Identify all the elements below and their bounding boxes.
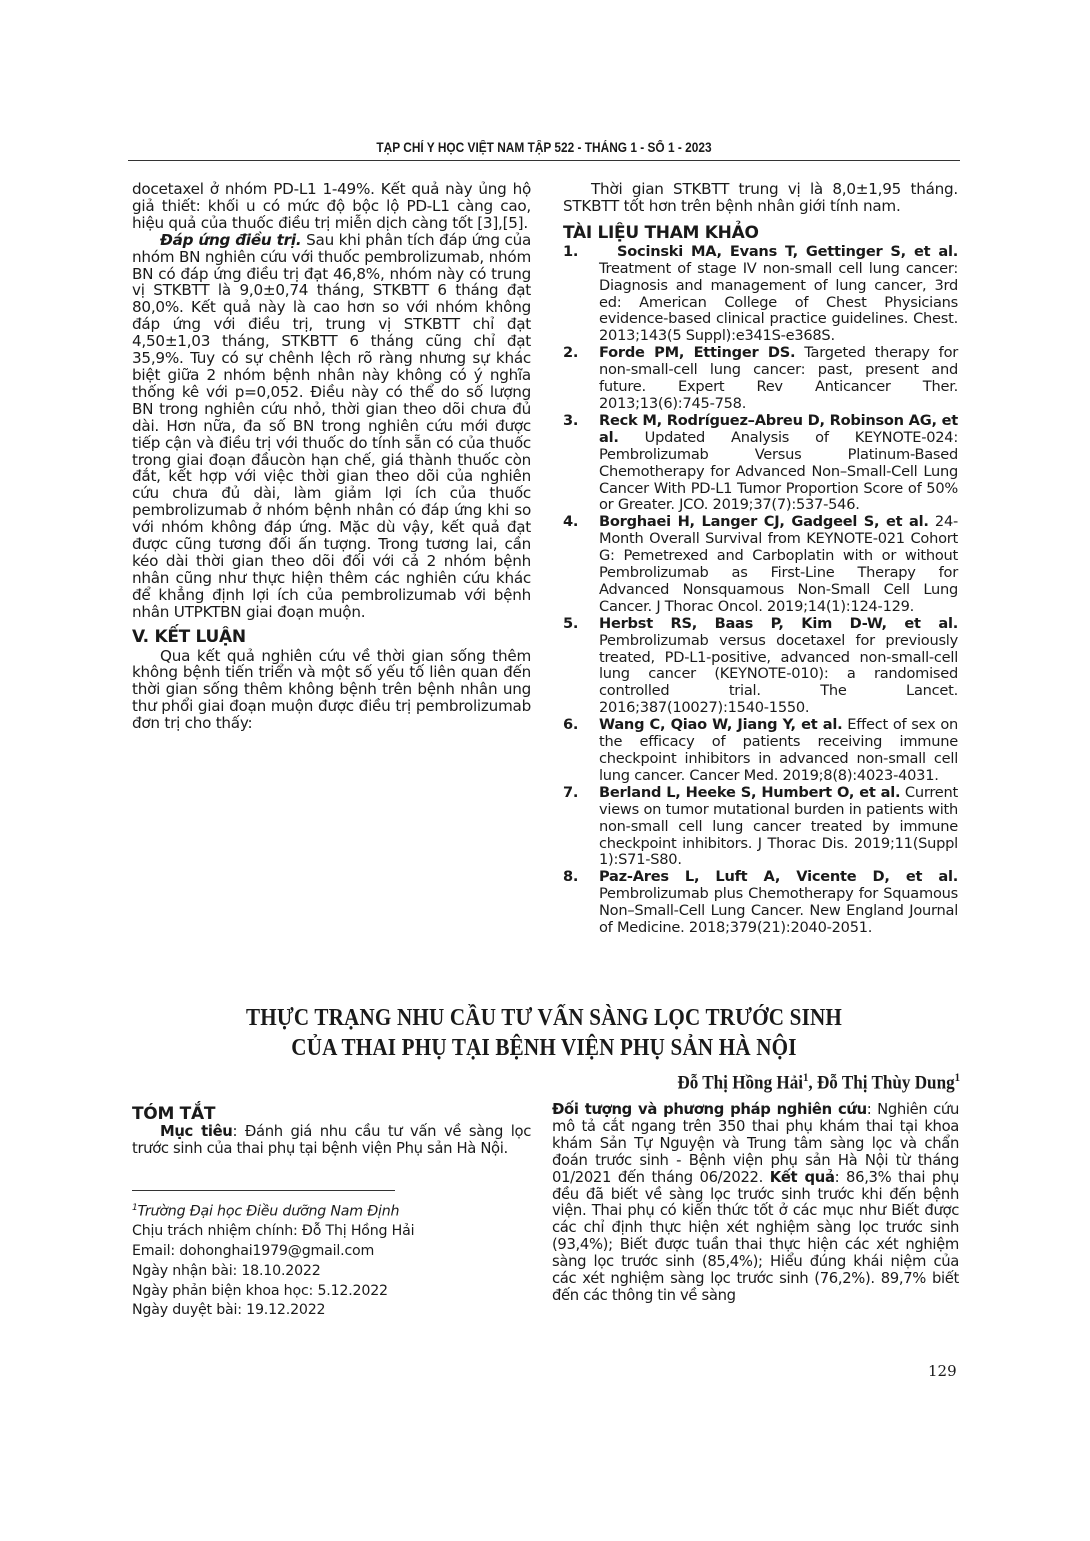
reference-number: 6. bbox=[563, 717, 578, 734]
methods-label: Đối tượng và phương pháp nghiên cứu bbox=[552, 1101, 867, 1118]
date-reviewed: Ngày phản biện khoa học: 5.12.2022 bbox=[132, 1282, 542, 1302]
abstract-heading: TÓM TẮT bbox=[132, 1104, 531, 1124]
article-title-line-2: CỦA THAI PHỤ TẠI BỆNH VIỆN PHỤ SẢN HÀ NỘ… bbox=[178, 1033, 910, 1063]
reference-text: Pembrolizumab plus Chemotherapy for Squa… bbox=[599, 885, 958, 936]
article-authors: Đỗ Thị Hồng Hải1, Đỗ Thị Thùy Dung1 bbox=[677, 1070, 960, 1094]
reference-number: 8. bbox=[563, 869, 578, 886]
reference-authors: Socinski MA, Evans T, Gettinger S, et al… bbox=[599, 243, 958, 260]
reference-item: 6.Wang C, Qiao W, Jiang Y, et al. Effect… bbox=[563, 717, 958, 785]
author-2: Đỗ Thị Thùy Dung bbox=[817, 1072, 955, 1093]
treatment-response-body: Sau khi phân tích đáp ứng của nhóm BN ng… bbox=[132, 231, 531, 621]
reference-item: 4.Borghaei H, Langer CJ, Gadgeel S, et a… bbox=[563, 514, 958, 615]
right-column: Thời gian STKBTT trung vị là 8,0±1,95 th… bbox=[563, 181, 958, 937]
left-column: docetaxel ở nhóm PD-L1 1-49%. Kết quả nà… bbox=[132, 181, 531, 732]
reference-number: 4. bbox=[563, 514, 578, 531]
reference-item: 5.Herbst RS, Baas P, Kim D-W, et al. Pem… bbox=[563, 616, 958, 717]
reference-item: 3.Reck M, Rodríguez–Abreu D, Robinson AG… bbox=[563, 413, 958, 514]
abstract-right-column: Đối tượng và phương pháp nghiên cứu: Ngh… bbox=[552, 1102, 959, 1305]
date-approved: Ngày duyệt bài: 19.12.2022 bbox=[132, 1301, 542, 1321]
affiliation-text: Trường Đại học Điều dưỡng Nam Định bbox=[138, 1204, 400, 1220]
reference-authors: Paz-Ares L, Luft A, Vicente D, et al. bbox=[599, 868, 958, 885]
reference-number: 2. bbox=[563, 345, 578, 362]
results-text: : 86,3% thai phụ đều đã biết về sàng lọc… bbox=[552, 1169, 959, 1304]
header-divider bbox=[128, 160, 960, 161]
reference-item: 8.Paz-Ares L, Luft A, Vicente D, et al. … bbox=[563, 869, 958, 937]
reference-number: 5. bbox=[563, 616, 578, 633]
reference-text: Treatment of stage IV non-small cell lun… bbox=[599, 260, 958, 345]
results-label: Kết quả bbox=[770, 1169, 835, 1186]
running-header: TẠP CHÍ Y HỌC VIỆT NAM TẬP 522 - THÁNG 1… bbox=[178, 140, 910, 155]
contact-email: Email: dohonghai1979@gmail.com bbox=[132, 1242, 542, 1262]
abstract-objective: Mục tiêu: Đánh giá nhu cầu tư vấn về sàn… bbox=[132, 1124, 531, 1158]
reference-list: 1.Socinski MA, Evans T, Gettinger S, et … bbox=[563, 244, 958, 937]
reference-authors: Berland L, Heeke S, Humbert O, et al. bbox=[599, 784, 900, 801]
reference-item: 1.Socinski MA, Evans T, Gettinger S, et … bbox=[563, 244, 958, 345]
paragraph-treatment-response: Đáp ứng điều trị. Sau khi phân tích đáp … bbox=[132, 232, 531, 621]
reference-number: 1. bbox=[563, 244, 578, 261]
reference-number: 7. bbox=[563, 785, 578, 802]
corresponding-author: Chịu trách nhiệm chính: Đỗ Thị Hồng Hải bbox=[132, 1222, 542, 1242]
reference-authors: Wang C, Qiao W, Jiang Y, et al. bbox=[599, 716, 842, 733]
abstract-left-column: TÓM TẮT Mục tiêu: Đánh giá nhu cầu tư vấ… bbox=[132, 1104, 531, 1158]
reference-authors: Herbst RS, Baas P, Kim D-W, et al. bbox=[599, 615, 958, 632]
page-number: 129 bbox=[928, 1362, 957, 1380]
author-separator: , bbox=[808, 1072, 817, 1093]
section-conclusion-heading: V. KẾT LUẬN bbox=[132, 627, 531, 647]
footnote: 1Trường Đại học Điều dưỡng Nam Định Chịu… bbox=[132, 1199, 542, 1321]
treatment-response-lead: Đáp ứng điều trị. bbox=[160, 231, 301, 249]
author-1: Đỗ Thị Hồng Hải bbox=[677, 1072, 803, 1093]
author-2-affiliation: 1 bbox=[955, 1070, 960, 1084]
affiliation: 1Trường Đại học Điều dưỡng Nam Định bbox=[132, 1199, 542, 1222]
reference-number: 3. bbox=[563, 413, 578, 430]
journal-page: TẠP CHÍ Y HỌC VIỆT NAM TẬP 522 - THÁNG 1… bbox=[0, 0, 1090, 1541]
reference-item: 7.Berland L, Heeke S, Humbert O, et al. … bbox=[563, 785, 958, 870]
reference-item: 2.Forde PM, Ettinger DS. Targeted therap… bbox=[563, 345, 958, 413]
paragraph-median-pfs: Thời gian STKBTT trung vị là 8,0±1,95 th… bbox=[563, 181, 958, 215]
abstract-methods-results: Đối tượng và phương pháp nghiên cứu: Ngh… bbox=[552, 1102, 959, 1305]
article-title-line-1: THỰC TRẠNG NHU CẦU TƯ VẤN SÀNG LỌC TRƯỚC… bbox=[178, 1003, 910, 1033]
paragraph-conclusion: Qua kết quả nghiên cứu về thời gian sống… bbox=[132, 648, 531, 733]
reference-text: Updated Analysis of KEYNOTE-024: Pembrol… bbox=[599, 429, 958, 514]
reference-text: Pembrolizumab versus docetaxel for previ… bbox=[599, 632, 958, 717]
paragraph-pdl1: docetaxel ở nhóm PD-L1 1-49%. Kết quả nà… bbox=[132, 181, 531, 232]
article-title: THỰC TRẠNG NHU CẦU TƯ VẤN SÀNG LỌC TRƯỚC… bbox=[178, 1003, 910, 1063]
objective-label: Mục tiêu bbox=[160, 1123, 232, 1140]
reference-authors: Forde PM, Ettinger DS. bbox=[599, 344, 795, 361]
references-heading: TÀI LIỆU THAM KHẢO bbox=[563, 223, 958, 243]
footnote-divider bbox=[132, 1190, 395, 1191]
reference-authors: Borghaei H, Langer CJ, Gadgeel S, et al. bbox=[599, 513, 929, 530]
date-received: Ngày nhận bài: 18.10.2022 bbox=[132, 1262, 542, 1282]
